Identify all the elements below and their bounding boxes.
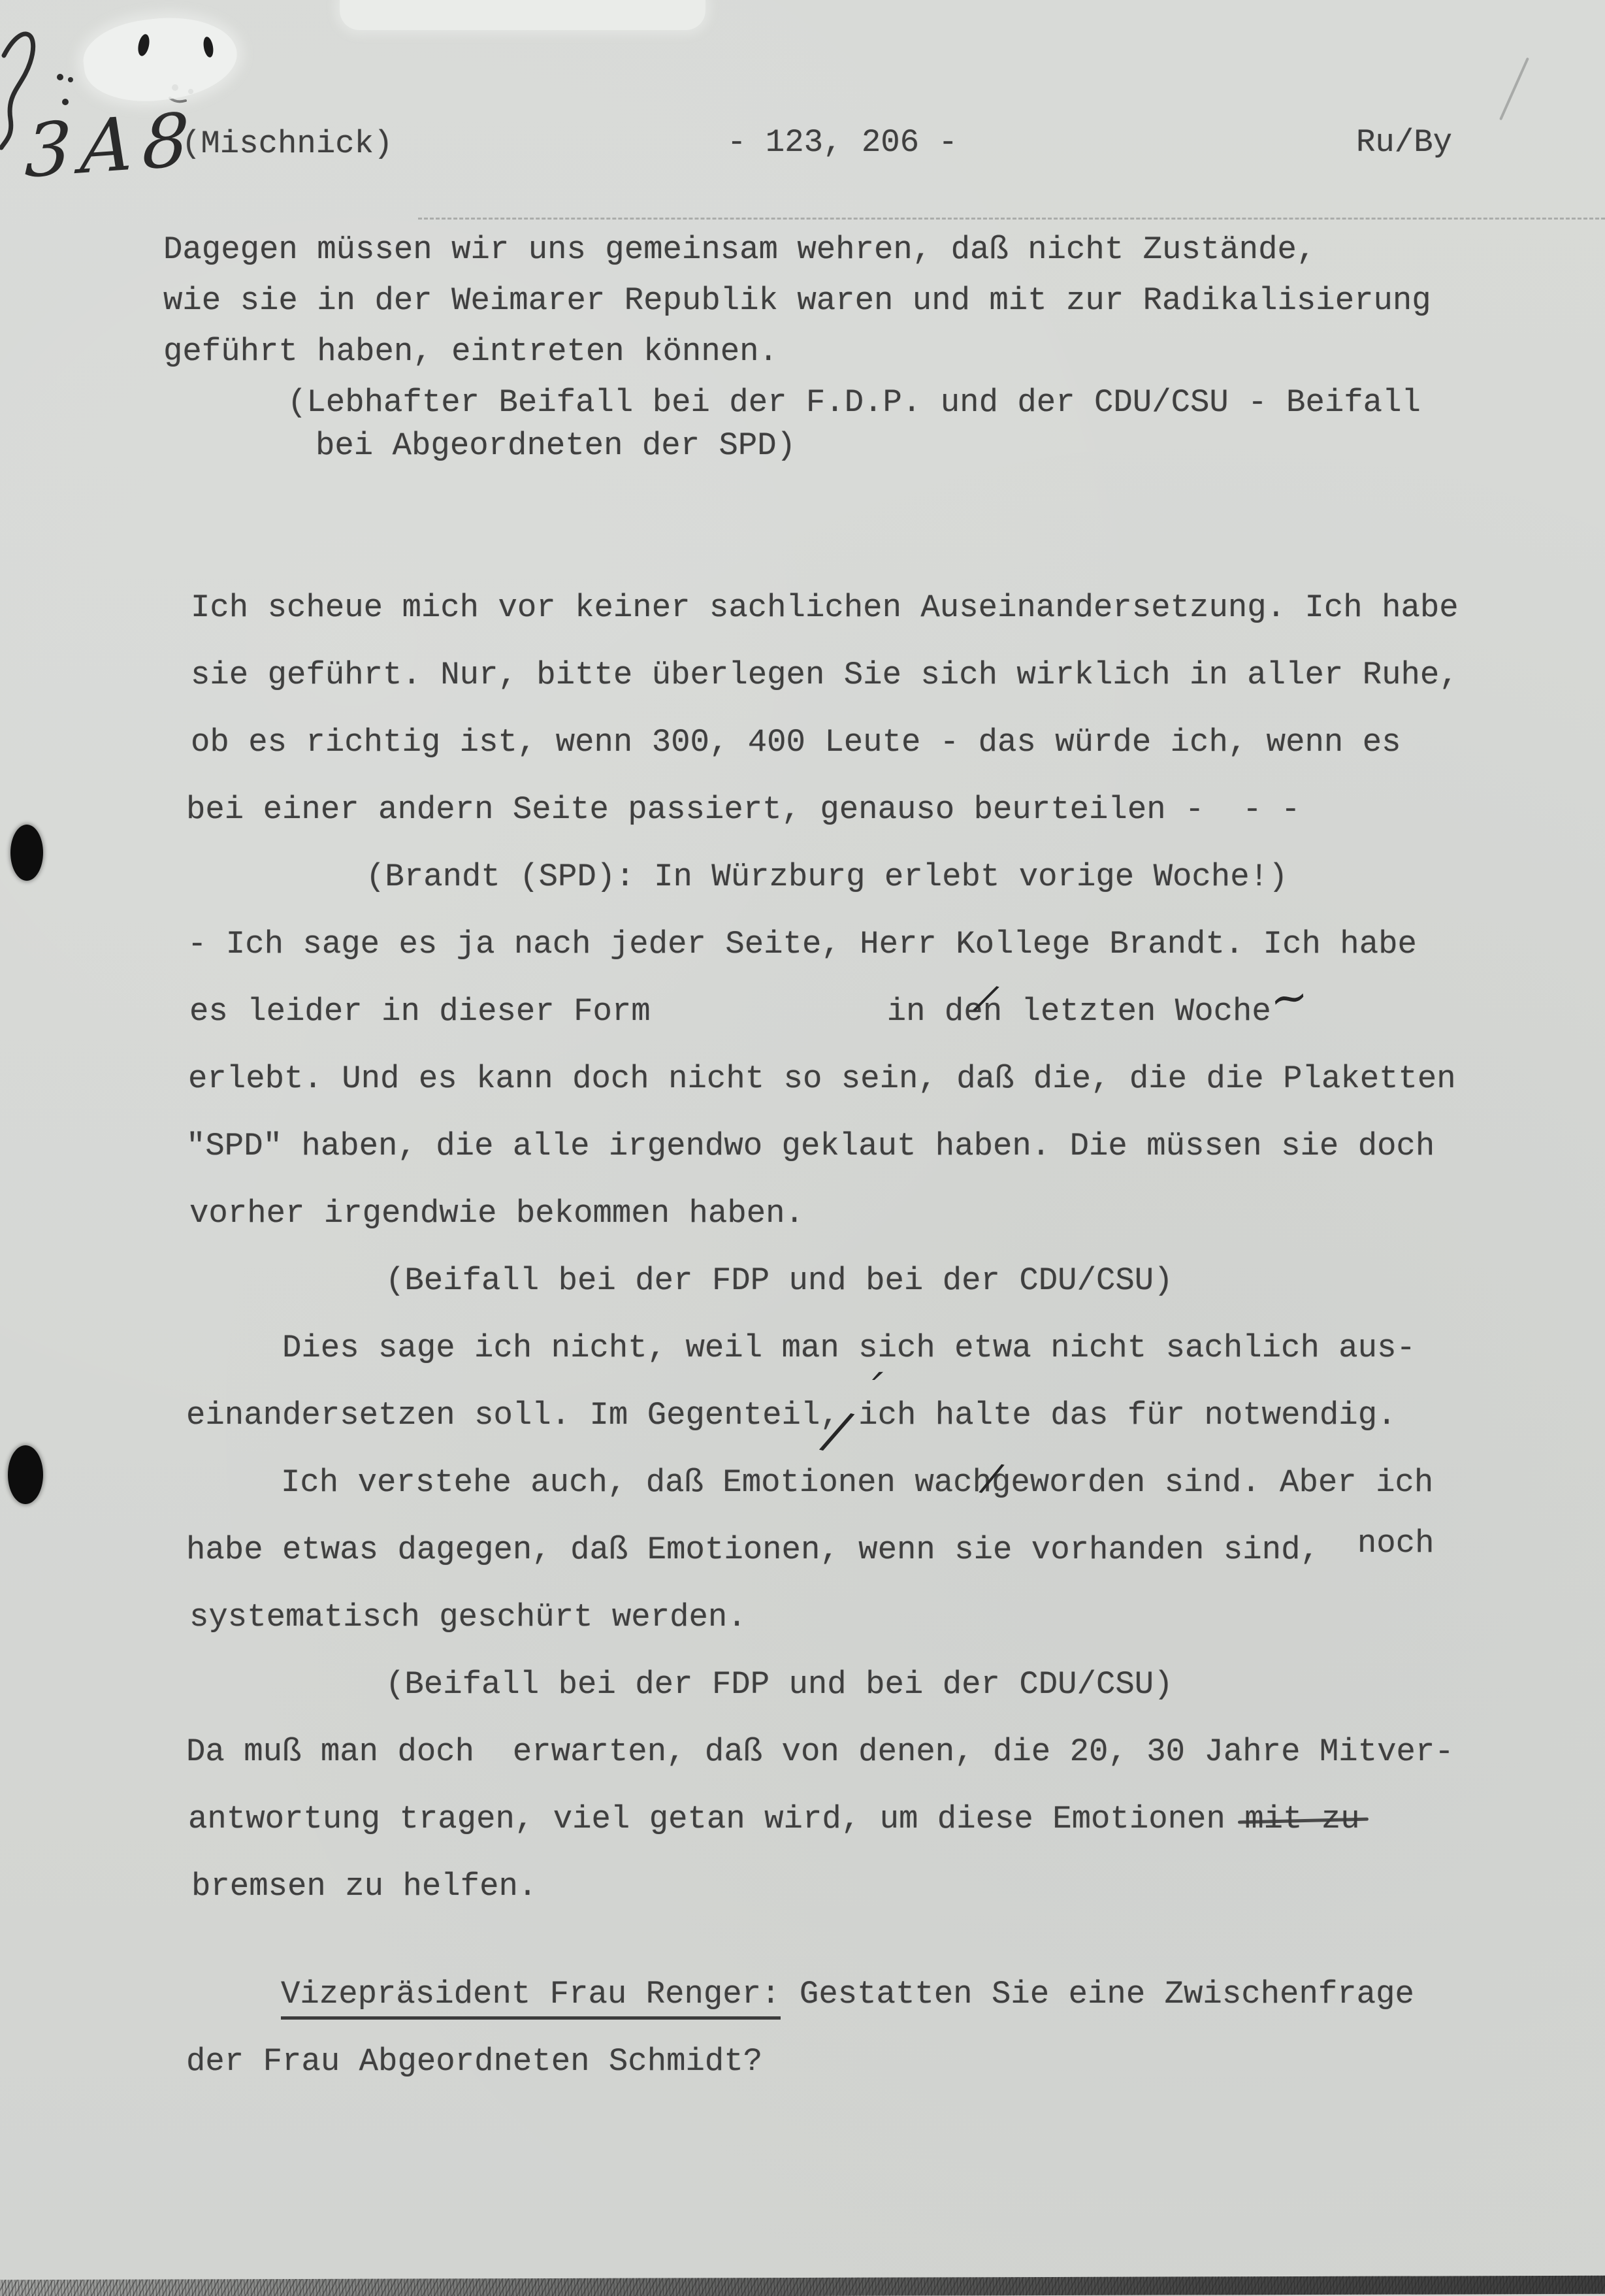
typewritten-line: (Beifall bei der FDP und bei der CDU/CSU…: [385, 1665, 1173, 1704]
text-run: vorher irgendwie bekommen haben.: [189, 1195, 804, 1232]
typewritten-line: wie sie in der Weimarer Republik waren u…: [163, 281, 1431, 320]
paper-crease-line: [418, 218, 1605, 220]
text-run: (Lebhafter Beifall bei der F.D.P. und de…: [287, 384, 1421, 421]
text-run: Ru/By: [1356, 124, 1452, 161]
scan-edge-band: [0, 2276, 1605, 2296]
text-run: habe etwas dagegen, daß Emotionen, wenn …: [186, 1532, 1320, 1568]
header-speaker: (Mischnick): [182, 124, 393, 163]
text-run: Ich scheue mich vor keiner sachlichen Au…: [191, 589, 1459, 626]
text-run: geworden sind. Aber ich: [992, 1464, 1433, 1501]
text-run: erlebt. Und es kann doch nicht so sein, …: [188, 1060, 1456, 1097]
text-run: (Beifall bei der FDP und bei der CDU/CSU…: [385, 1666, 1173, 1703]
squiggle-after-woche: ~: [1267, 972, 1311, 1023]
typewritten-line: ob es richtig ist, wenn 300, 400 Leute -…: [191, 723, 1401, 762]
typewritten-line: "SPD" haben, die alle irgendwo geklaut h…: [186, 1126, 1435, 1166]
text-run: Vizepräsident Frau Renger:: [281, 1976, 781, 2020]
text-run: antwortung tragen, viel getan wird, um d…: [188, 1801, 1244, 1837]
text-run: Dagegen müssen wir uns gemeinsam wehren,…: [163, 231, 1316, 268]
text-run: ich halte das für notwendig.: [858, 1397, 1396, 1434]
punch-hole: [10, 825, 43, 881]
text-run: mit zu: [1244, 1801, 1359, 1837]
typewritten-line: der Frau Abgeordneten Schmidt?: [186, 2042, 762, 2081]
paper-scuff: [1499, 57, 1529, 121]
typewritten-line: bremsen zu helfen.: [191, 1867, 537, 1906]
text-run: es leider in dieser Form: [189, 993, 651, 1030]
typewritten-line: Dagegen müssen wir uns gemeinsam wehren,…: [163, 230, 1316, 269]
text-run: bremsen zu helfen.: [191, 1868, 537, 1905]
typewritten-line: vorher irgendwie bekommen haben.: [189, 1194, 804, 1233]
text-run: bei einer andern Seite passiert, genauso…: [186, 791, 1300, 828]
paper-tear-strip: [340, 0, 705, 30]
typewritten-line: Da muß man doch erwarten, daß von denen,…: [186, 1732, 1454, 1771]
typewritten-line: Vizepräsident Frau Renger: Gestatten Sie…: [281, 1975, 1414, 2014]
text-run: systematisch geschürt werden.: [189, 1599, 747, 1635]
text-run: der Frau Abgeordneten Schmidt?: [186, 2043, 762, 2080]
typewritten-line: Dies sage ich nicht, weil man sich etwa …: [282, 1328, 1416, 1368]
typewritten-line: (Brandt (SPD): In Würzburg erlebt vorige…: [366, 857, 1288, 896]
typewritten-line: sie geführt. Nur, bitte überlegen Sie si…: [191, 655, 1459, 695]
typewritten-line: erlebt. Und es kann doch nicht so sein, …: [188, 1059, 1456, 1098]
typewritten-line: - Ich sage es ja nach jeder Seite, Herr …: [187, 925, 1417, 964]
typewritten-line: (Beifall bei der FDP und bei der CDU/CSU…: [385, 1261, 1173, 1300]
text-run: wie sie in der Weimarer Republik waren u…: [163, 282, 1431, 319]
typewritten-line: systematisch geschürt werden.: [189, 1598, 747, 1637]
typewritten-line: einandersetzen soll. Im Gegenteil, ich h…: [186, 1396, 1397, 1435]
punch-hole: [8, 1445, 43, 1504]
typewritten-line: antwortung tragen, viel getan wird, um d…: [188, 1799, 1360, 1839]
typewritten-line: bei Abgeordneten der SPD): [316, 426, 796, 465]
text-run: in den letzten Woche: [887, 993, 1271, 1030]
accent-over-ich: ´: [861, 1371, 883, 1414]
typewritten-line: Ich scheue mich vor keiner sachlichen Au…: [191, 588, 1459, 627]
typewritten-line: geführt haben, eintreten können.: [163, 332, 778, 371]
text-run: Ich verstehe auch, daß Emotionen wach: [281, 1464, 992, 1501]
text-run: (Brandt (SPD): In Würzburg erlebt vorige…: [366, 859, 1288, 895]
handwritten-code: 3A8: [24, 97, 199, 194]
text-run: "SPD" haben, die alle irgendwo geklaut h…: [186, 1128, 1435, 1164]
header-page-number: - 123, 206 -: [727, 123, 958, 162]
header-typist: Ru/By: [1356, 123, 1452, 162]
text-run: bei Abgeordneten der SPD): [316, 427, 796, 464]
typewritten-line: es leider in dieser Formin den letzten W…: [189, 992, 1271, 1031]
text-run: (Beifall bei der FDP und bei der CDU/CSU…: [385, 1262, 1173, 1299]
text-run: Gestatten Sie eine Zwischenfrage: [781, 1976, 1414, 2012]
text-run: ob es richtig ist, wenn 300, 400 Leute -…: [191, 724, 1401, 761]
text-run: Dies sage ich nicht, weil man sich etwa …: [282, 1330, 1416, 1366]
text-run: sie geführt. Nur, bitte überlegen Sie si…: [191, 657, 1459, 693]
typewritten-line: bei einer andern Seite passiert, genauso…: [186, 790, 1300, 829]
text-run: geführt haben, eintreten können.: [163, 333, 778, 370]
text-run: einandersetzen soll. Im Gegenteil,: [186, 1397, 858, 1434]
text-run: noch: [1357, 1525, 1435, 1562]
typewritten-line: habe etwas dagegen, daß Emotionen, wenn …: [186, 1530, 1435, 1569]
page: 3A8 (Mischnick)- 123, 206 -Ru/ByDagegen …: [0, 0, 1605, 2296]
text-run: (Mischnick): [182, 125, 393, 162]
text-run: - 123, 206 -: [727, 124, 958, 161]
typewritten-line: (Lebhafter Beifall bei der F.D.P. und de…: [287, 383, 1421, 422]
text-run: - Ich sage es ja nach jeder Seite, Herr …: [187, 926, 1417, 962]
text-run: Da muß man doch erwarten, daß von denen,…: [186, 1733, 1454, 1770]
typewritten-line: Ich verstehe auch, daß Emotionen wachgew…: [281, 1463, 1433, 1502]
